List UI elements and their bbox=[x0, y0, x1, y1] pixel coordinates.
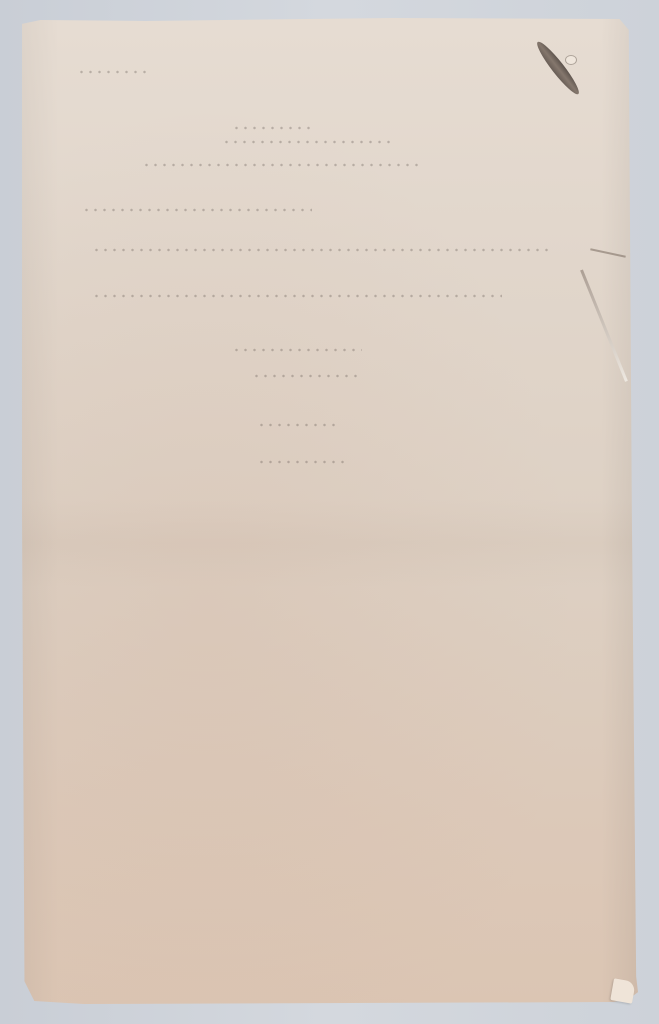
faded-text-line bbox=[142, 163, 422, 167]
fold-shadow bbox=[22, 498, 638, 588]
faded-text-line bbox=[82, 208, 312, 212]
faded-text-line bbox=[257, 423, 337, 427]
paper-sheet bbox=[22, 18, 638, 1006]
faded-text-line bbox=[77, 70, 147, 74]
faded-text-line bbox=[92, 248, 552, 252]
faded-text-line bbox=[92, 294, 502, 298]
faded-text-line bbox=[222, 140, 392, 144]
faded-text-line bbox=[232, 126, 312, 130]
faded-text-line bbox=[257, 460, 347, 464]
photo-scene bbox=[0, 0, 659, 1024]
faded-text-line bbox=[252, 374, 362, 378]
faded-text-line bbox=[232, 348, 362, 352]
fastener-head bbox=[566, 56, 576, 64]
